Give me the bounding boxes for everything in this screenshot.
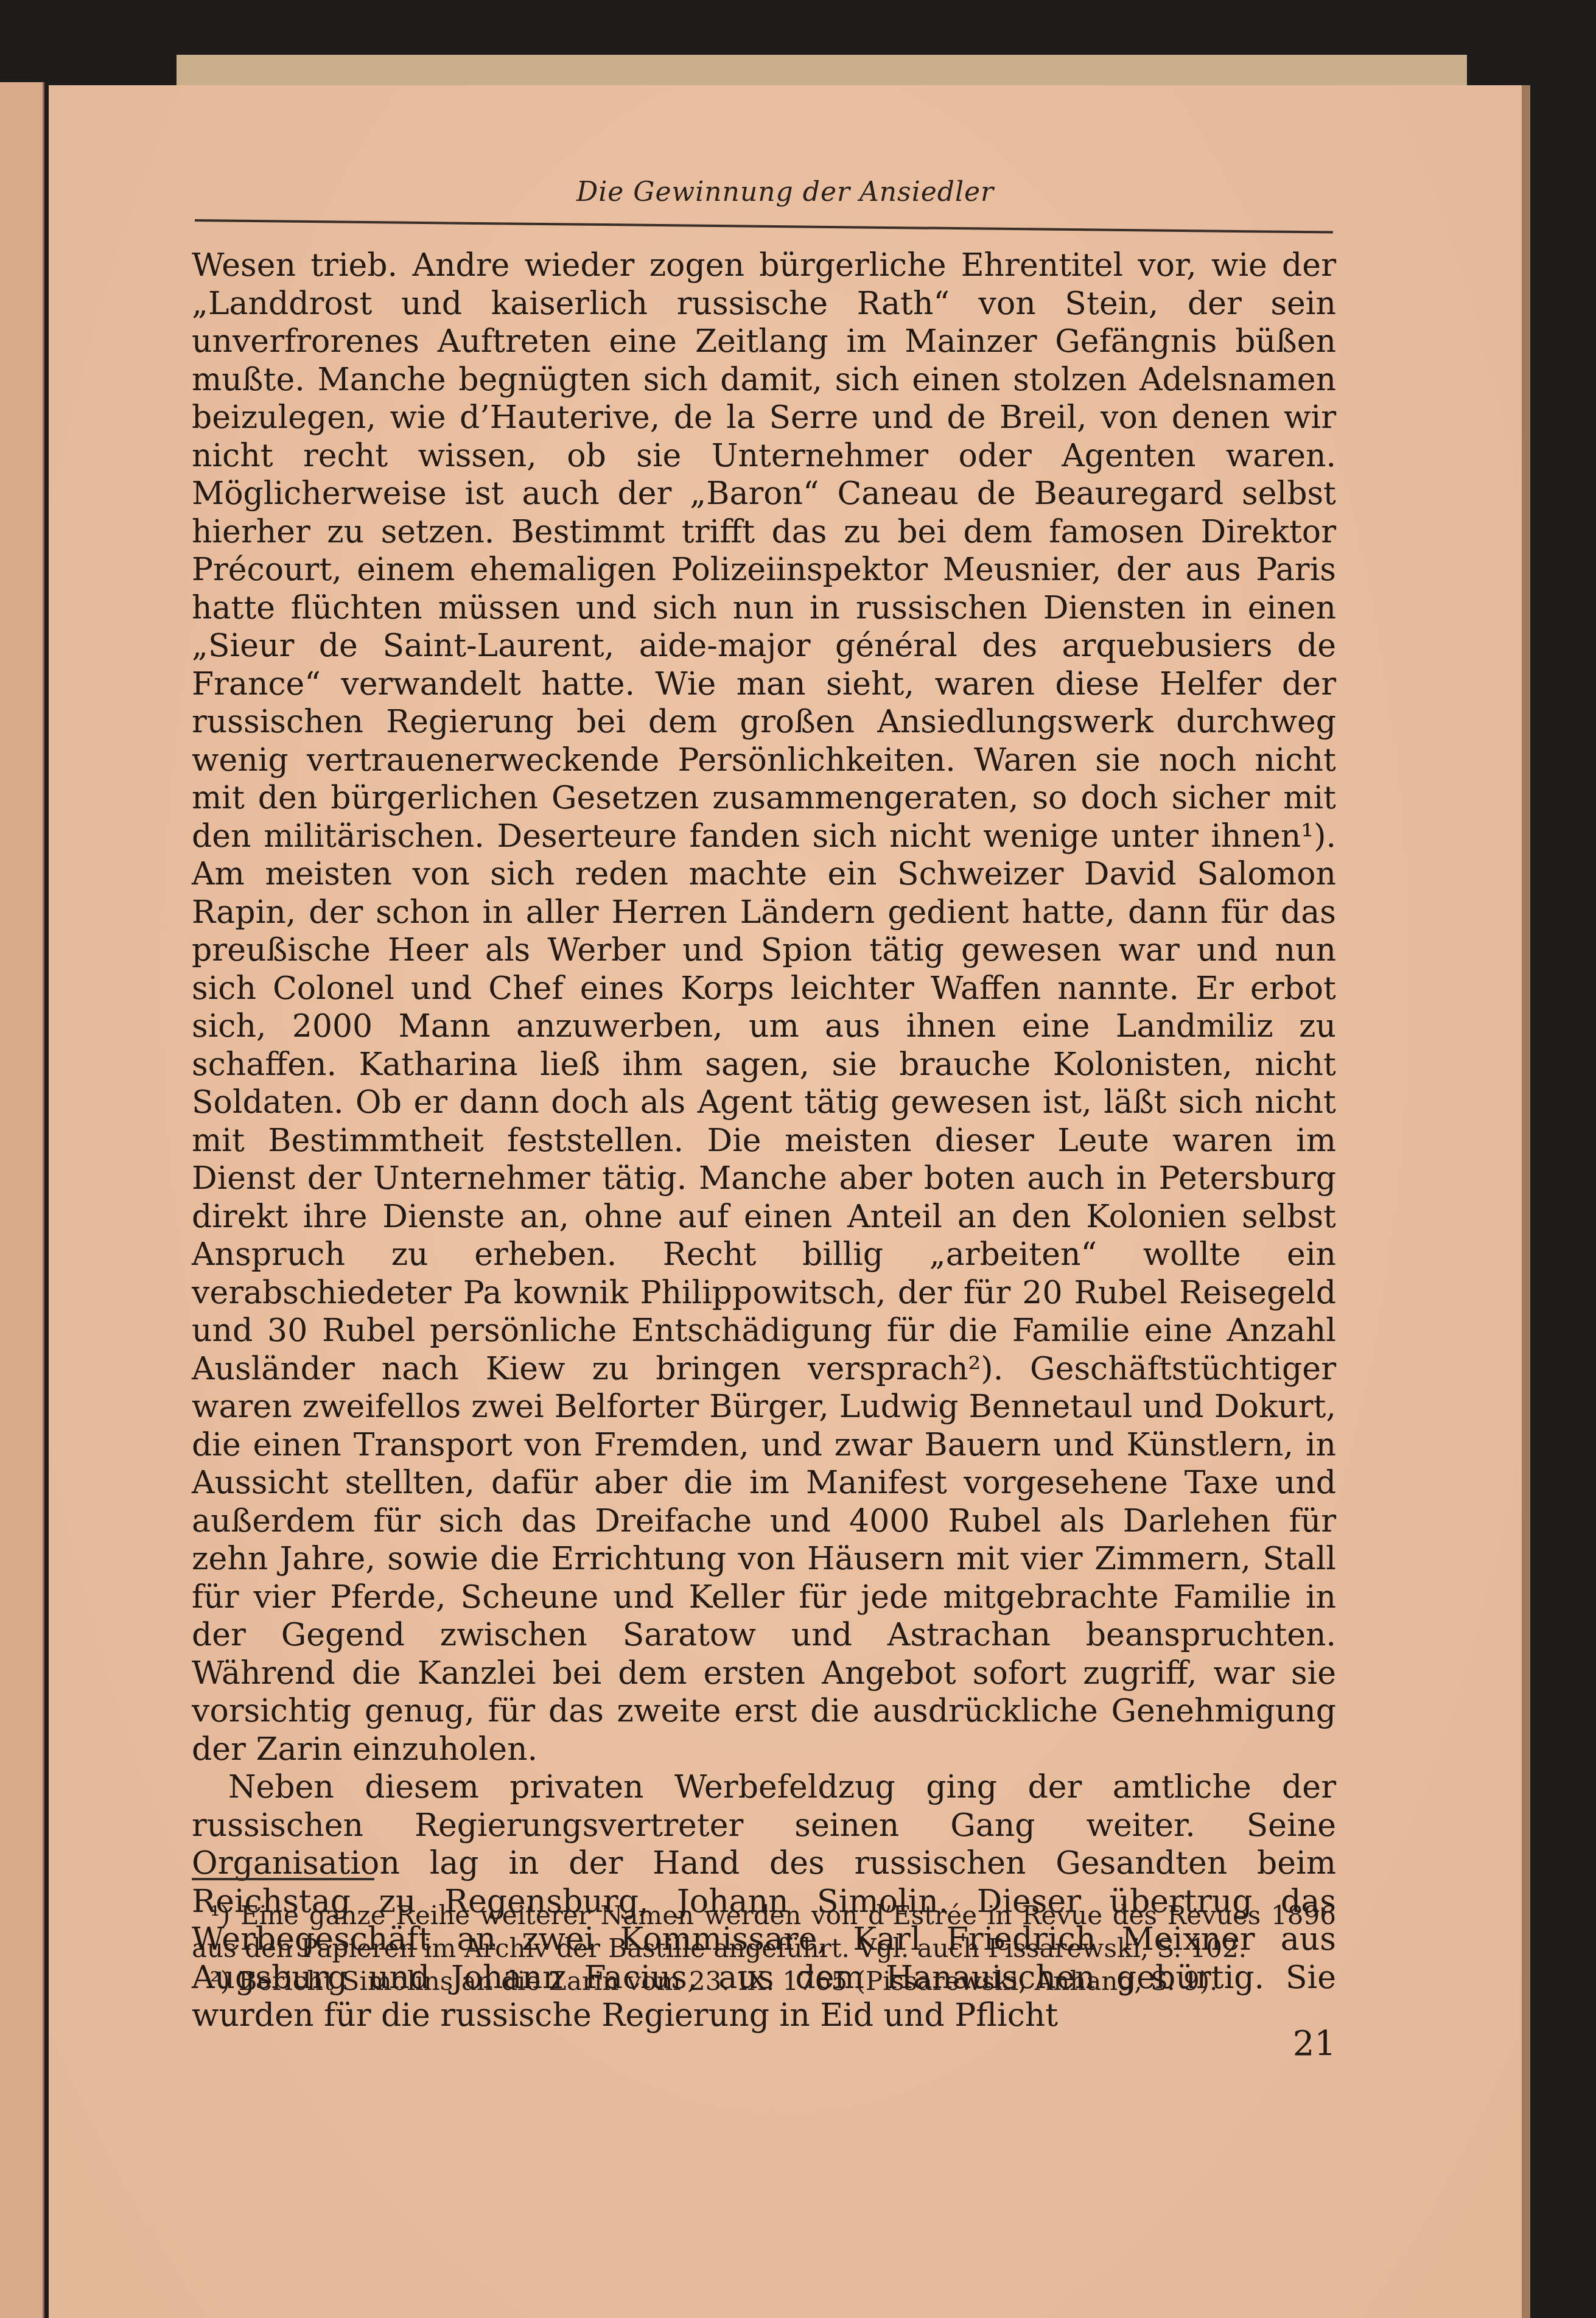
page-block-top-edge bbox=[177, 55, 1467, 85]
book-page: Die Gewinnung der Ansiedler Wesen trieb.… bbox=[49, 85, 1522, 2318]
footnote-rule bbox=[192, 1878, 374, 1880]
footnotes: ¹) Eine ganze Reihe weiterer Namen werde… bbox=[192, 1899, 1336, 1998]
facing-page-edge bbox=[0, 82, 44, 2318]
paragraph: Wesen trieb. Andre wieder zogen bürgerli… bbox=[192, 247, 1336, 1768]
body-text: Wesen trieb. Andre wieder zogen bürgerli… bbox=[192, 247, 1336, 2035]
footnote-1: ¹) Eine ganze Reihe weiterer Namen werde… bbox=[192, 1899, 1336, 1965]
page-number: 21 bbox=[1293, 2024, 1336, 2064]
running-header: Die Gewinnung der Ansiedler bbox=[49, 177, 1522, 208]
header-rule bbox=[195, 219, 1333, 234]
book-cover-edge bbox=[1522, 85, 1530, 2318]
footnote-2: ²) Bericht Simolins an die Zarin vom 23.… bbox=[192, 1965, 1336, 1998]
